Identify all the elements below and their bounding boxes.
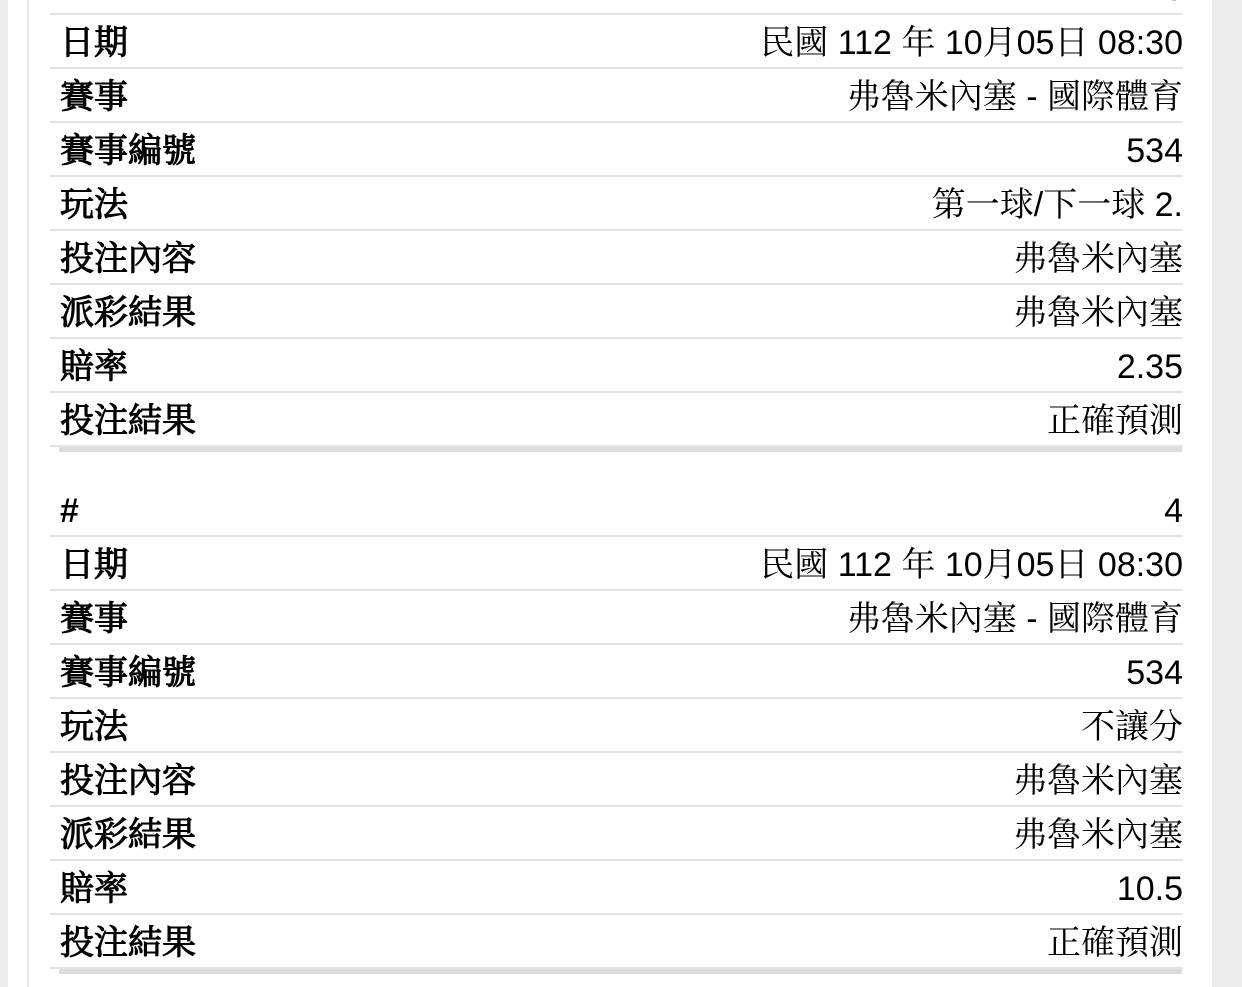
bet-record-card: # 3 日期 民國 112 年 10月05日 08:30 賽事 弗魯米內塞 - … bbox=[28, 0, 1212, 452]
bet-records-list: # 3 日期 民國 112 年 10月05日 08:30 賽事 弗魯米內塞 - … bbox=[28, 0, 1212, 974]
field-value: 第一球/下一球 2. bbox=[932, 188, 1183, 224]
field-label: 日期 bbox=[60, 26, 128, 62]
field-value: 10.5 bbox=[1117, 872, 1183, 908]
record-row: 投注結果 正確預測 bbox=[50, 915, 1183, 969]
record-row: # 4 bbox=[50, 483, 1183, 537]
field-value: 弗魯米內塞 - 國際體育 bbox=[847, 602, 1183, 638]
field-value: 弗魯米內塞 - 國際體育 bbox=[847, 80, 1183, 116]
card-bottom-divider bbox=[59, 969, 1182, 974]
field-label: 賽事 bbox=[60, 602, 128, 638]
field-label: 賽事 bbox=[60, 80, 128, 116]
field-value: 2.35 bbox=[1117, 350, 1183, 386]
field-value: 3 bbox=[1164, 0, 1183, 8]
field-value: 弗魯米內塞 bbox=[1013, 242, 1183, 278]
field-label: 派彩結果 bbox=[60, 818, 196, 854]
field-value: 弗魯米內塞 bbox=[1013, 296, 1183, 332]
field-value: 民國 112 年 10月05日 08:30 bbox=[760, 26, 1183, 62]
record-row: 派彩結果 弗魯米內塞 bbox=[50, 807, 1183, 861]
field-label: 賽事編號 bbox=[60, 134, 196, 170]
record-row: 玩法 不讓分 bbox=[50, 699, 1183, 753]
record-row: 賽事 弗魯米內塞 - 國際體育 bbox=[50, 69, 1183, 123]
field-label: # bbox=[60, 494, 79, 530]
field-label: 派彩結果 bbox=[60, 296, 196, 332]
field-label: 賽事編號 bbox=[60, 656, 196, 692]
field-label: 賠率 bbox=[60, 350, 128, 386]
field-label: 玩法 bbox=[60, 710, 128, 746]
record-row: 投注結果 正確預測 bbox=[50, 393, 1183, 447]
field-label: # bbox=[60, 0, 79, 8]
field-label: 投注內容 bbox=[60, 242, 196, 278]
field-label: 玩法 bbox=[60, 188, 128, 224]
record-row: 投注內容 弗魯米內塞 bbox=[50, 753, 1183, 807]
record-row: 投注內容 弗魯米內塞 bbox=[50, 231, 1183, 285]
field-label: 投注內容 bbox=[60, 764, 196, 800]
record-row: 賽事編號 534 bbox=[50, 645, 1183, 699]
record-row: 賠率 10.5 bbox=[50, 861, 1183, 915]
record-row: 玩法 第一球/下一球 2. bbox=[50, 177, 1183, 231]
field-value: 534 bbox=[1126, 656, 1183, 692]
field-value: 弗魯米內塞 bbox=[1013, 818, 1183, 854]
field-value: 正確預測 bbox=[1047, 404, 1183, 440]
field-value: 正確預測 bbox=[1047, 926, 1183, 962]
field-label: 投注結果 bbox=[60, 926, 196, 962]
field-label: 投注結果 bbox=[60, 404, 196, 440]
card-bottom-divider bbox=[59, 447, 1182, 452]
bet-record-card: # 4 日期 民國 112 年 10月05日 08:30 賽事 弗魯米內塞 - … bbox=[28, 483, 1212, 974]
field-value: 弗魯米內塞 bbox=[1013, 764, 1183, 800]
field-value: 4 bbox=[1164, 494, 1183, 530]
record-row: 賽事編號 534 bbox=[50, 123, 1183, 177]
page-margin-right bbox=[1212, 0, 1242, 987]
field-value: 不讓分 bbox=[1081, 710, 1183, 746]
field-label: 賠率 bbox=[60, 872, 128, 908]
record-row: 派彩結果 弗魯米內塞 bbox=[50, 285, 1183, 339]
field-value: 534 bbox=[1126, 134, 1183, 170]
record-row: 日期 民國 112 年 10月05日 08:30 bbox=[50, 15, 1183, 69]
record-row: 賽事 弗魯米內塞 - 國際體育 bbox=[50, 591, 1183, 645]
record-row: # 3 bbox=[50, 0, 1183, 15]
record-row: 賠率 2.35 bbox=[50, 339, 1183, 393]
record-row: 日期 民國 112 年 10月05日 08:30 bbox=[50, 537, 1183, 591]
page-margin-left bbox=[0, 0, 8, 987]
field-value: 民國 112 年 10月05日 08:30 bbox=[760, 548, 1183, 584]
field-label: 日期 bbox=[60, 548, 128, 584]
